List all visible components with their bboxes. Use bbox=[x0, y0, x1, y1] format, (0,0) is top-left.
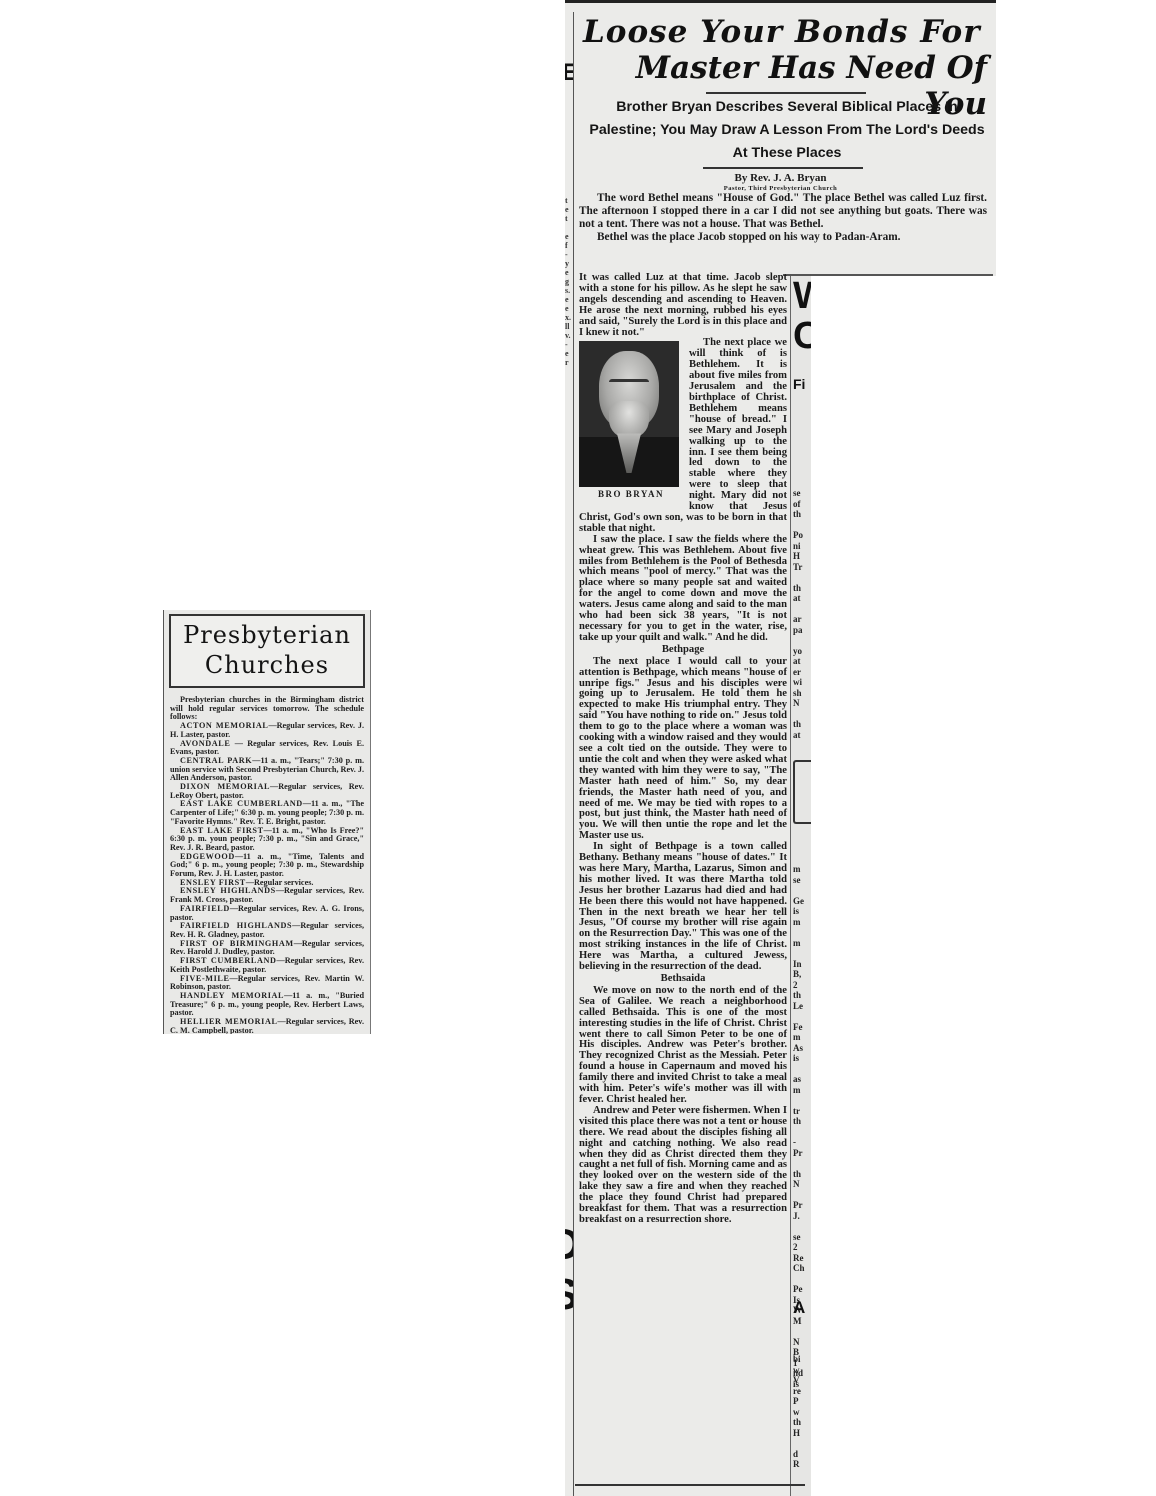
fragment-letter: S bbox=[565, 1290, 573, 1299]
portrait-photo: BRO BRYAN bbox=[579, 341, 683, 500]
presbyterian-churches-clipping: Presbyterian Churches Presbyterian churc… bbox=[163, 610, 371, 1034]
portrait-image bbox=[579, 341, 679, 487]
church-name: EDGEWOOD bbox=[180, 852, 235, 861]
church-name: CENTRAL PARK bbox=[180, 756, 252, 765]
article-body: It was called Luz at that time. Jacob sl… bbox=[579, 271, 787, 1226]
church-listing: FAIRFIELD—Regular services, Rev. A. G. I… bbox=[170, 905, 364, 922]
fragment-box bbox=[793, 760, 811, 824]
headline-line1: Loose Your Bonds For bbox=[579, 14, 989, 50]
body-paragraph: We move on now to the north end of the S… bbox=[579, 986, 787, 1106]
headline-rule bbox=[706, 92, 866, 94]
church-listing: AVONDALE — Regular services, Rev. Louis … bbox=[170, 740, 364, 757]
fragment-letter: C bbox=[793, 316, 811, 356]
clipping-title-line1: Presbyterian bbox=[171, 620, 363, 650]
church-name: EAST LAKE FIRST bbox=[180, 826, 264, 835]
deck-rule bbox=[703, 167, 863, 169]
church-listing: HANDLEY MEMORIAL—11 a. m., "Buried Treas… bbox=[170, 992, 364, 1018]
church-listing: FIRST OF BIRMINGHAM—Regular services, Re… bbox=[170, 940, 364, 957]
church-name: EAST LAKE CUMBERLAND bbox=[180, 799, 303, 808]
top-border-rule bbox=[565, 0, 996, 3]
column-rule bbox=[573, 12, 574, 1496]
fragment-lines: se of th Po ni H Tr th at ar pa yo at er… bbox=[793, 488, 811, 740]
church-listing: HELLIER MEMORIAL—Regular services, Rev. … bbox=[170, 1018, 364, 1034]
body-paragraph: Andrew and Peter were fishermen. When I … bbox=[579, 1106, 787, 1226]
church-name: ENSLEY FIRST bbox=[180, 878, 246, 887]
church-listing: EAST LAKE FIRST—11 a. m., "Who Is Free?"… bbox=[170, 827, 364, 853]
church-listing: EAST LAKE CUMBERLAND—11 a. m., "The Carp… bbox=[170, 800, 364, 826]
church-name: AVONDALE bbox=[180, 739, 230, 748]
church-name: FIVE-MILE bbox=[180, 974, 230, 983]
adjacent-column-fragment-right: W C Fi se of th Po ni H Tr th at ar pa y… bbox=[790, 276, 811, 1496]
article-clipping: E t e t e f - y e g s. e e x. ll v. - e … bbox=[565, 0, 996, 1496]
fragment-letter: A bbox=[793, 1298, 805, 1318]
lede-paragraph: The word Bethel means "House of God." Th… bbox=[579, 192, 987, 231]
byline: By Rev. J. A. Bryan bbox=[565, 173, 996, 184]
church-listing: FAIRFIELD HIGHLANDS—Regular services, Re… bbox=[170, 922, 364, 939]
bottom-rule bbox=[575, 1484, 805, 1486]
church-schedule: Presbyterian churches in the Birmingham … bbox=[164, 688, 370, 1034]
byline-title: Pastor, Third Presbyterian Church bbox=[565, 185, 996, 192]
fragment-letter: E bbox=[565, 68, 573, 77]
fragment-lines: bi w V re P w th H d R bbox=[793, 1354, 811, 1470]
church-schedule-text: —Regular services. bbox=[246, 878, 314, 887]
fragment-letter: Fi bbox=[793, 376, 805, 392]
church-listing: FIRST CUMBERLAND—Regular services, Rev. … bbox=[170, 957, 364, 974]
church-name: FIRST OF BIRMINGHAM bbox=[180, 939, 294, 948]
lede-paragraph: Bethel was the place Jacob stopped on hi… bbox=[579, 231, 987, 244]
church-name: ACTON MEMORIAL bbox=[180, 721, 268, 730]
schedule-intro: Presbyterian churches in the Birmingham … bbox=[170, 696, 364, 722]
church-name: HANDLEY MEMORIAL bbox=[180, 991, 284, 1000]
church-listing: DIXON MEMORIAL—Regular services, Rev. Le… bbox=[170, 783, 364, 800]
clipping-title-line2: Churches bbox=[171, 650, 363, 680]
church-listing: ACTON MEMORIAL—Regular services, Rev. J.… bbox=[170, 722, 364, 739]
subhead-bethpage: Bethpage bbox=[579, 645, 787, 656]
clipping-title-box: Presbyterian Churches bbox=[169, 614, 365, 688]
fragment-letter: W bbox=[793, 276, 811, 316]
adjacent-column-fragment-left: E t e t e f - y e g s. e e x. ll v. - e … bbox=[565, 0, 573, 1496]
photo-caption: BRO BRYAN bbox=[579, 489, 683, 500]
church-listing: CENTRAL PARK—11 a. m., "Tears;" 7:30 p. … bbox=[170, 757, 364, 783]
church-name: HELLIER MEMORIAL bbox=[180, 1017, 278, 1026]
article-deck: Brother Bryan Describes Several Biblical… bbox=[587, 96, 987, 165]
subhead-bethsaida: Bethsaida bbox=[579, 974, 787, 985]
section-rule bbox=[783, 274, 993, 276]
fragment-letter: D bbox=[565, 1240, 573, 1249]
body-paragraph: In sight of Bethpage is a town called Be… bbox=[579, 842, 787, 973]
church-listing: EDGEWOOD—11 a. m., "Time, Talents and Go… bbox=[170, 853, 364, 879]
church-name: FAIRFIELD bbox=[180, 904, 230, 913]
church-name: DIXON MEMORIAL bbox=[180, 782, 270, 791]
body-paragraph: I saw the place. I saw the fields where … bbox=[579, 535, 787, 644]
church-listing: ENSLEY HIGHLANDS—Regular services, Rev. … bbox=[170, 887, 364, 904]
fragment-lines: t e t e f - y e g s. e e x. ll v. - e r bbox=[565, 196, 571, 367]
body-paragraph: The next place I would call to your atte… bbox=[579, 657, 787, 842]
church-name: ENSLEY HIGHLANDS bbox=[180, 886, 276, 895]
church-listings: ACTON MEMORIAL—Regular services, Rev. J.… bbox=[170, 722, 364, 1034]
lede-paragraphs: The word Bethel means "House of God." Th… bbox=[579, 192, 987, 244]
church-name: FIRST CUMBERLAND bbox=[180, 956, 277, 965]
body-paragraph: It was called Luz at that time. Jacob sl… bbox=[579, 273, 787, 338]
church-name: FAIRFIELD HIGHLANDS bbox=[180, 921, 292, 930]
church-listing: FIVE-MILE—Regular services, Rev. Martin … bbox=[170, 975, 364, 992]
